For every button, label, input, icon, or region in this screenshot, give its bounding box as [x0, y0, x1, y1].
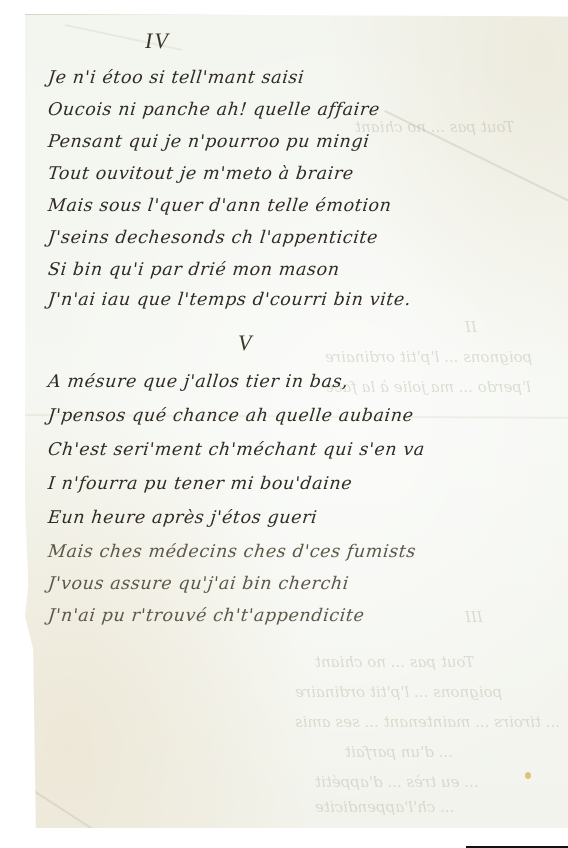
verse-line: A mésure que j'allos tier in bas,	[47, 372, 349, 392]
verse-line: Mais ches médecins ches d'ces fumists	[47, 542, 417, 562]
bleed-through-text: ... ch'l'appendicite	[315, 794, 454, 820]
bleed-through-text: l'perdo ... ma jolie à la face	[325, 374, 531, 400]
bleed-through-text: ... eu très ... d'appétit	[315, 769, 479, 795]
paper-fold-crease	[24, 784, 109, 840]
verse-line: J'vous assure qu'j'ai bin cherchi	[47, 574, 350, 594]
verse-line: Mais sous l'quer d'ann telle émotion	[47, 196, 393, 216]
stanza-number-v: V	[238, 330, 253, 356]
bleed-through-text: ... tiroirs ... maintenant ... ses amis	[295, 709, 560, 735]
verse-line: Pensant qui je n'pourroo pu mingi	[47, 132, 371, 152]
bleed-through-section-mark: III	[465, 604, 483, 630]
verse-line: I n'fourra pu tener mi bou'daine	[47, 474, 353, 494]
verse-line: J'seins dechesonds ch l'appenticite	[47, 228, 379, 248]
bleed-through-text: poignons ... l'p'tit ordinaire	[325, 344, 532, 370]
verse-line: Oucois ni panche ah! quelle affaire	[47, 100, 381, 120]
verse-line: Tout ouvitout je m'meto à braire	[47, 164, 355, 184]
verse-line: Ch'est seri'ment ch'méchant qui s'en va	[47, 440, 426, 460]
scanned-page: Tout pas ... no chiant II poignons ... l…	[0, 0, 568, 848]
verse-line: J'pensos qué chance ah quelle aubaine	[47, 406, 415, 426]
verse-line: Eun heure après j'étos gueri	[47, 508, 318, 528]
verse-line: Je n'i étoo si tell'mant saisi	[47, 68, 305, 88]
bleed-through-section-mark: II	[465, 314, 477, 340]
stanza-number-iv: IV	[145, 28, 170, 54]
bleed-through-text: ... d'un parfait	[345, 739, 453, 765]
verse-line: J'n'ai pu r'trouvé ch't'appendicite	[47, 606, 366, 626]
verse-line: J'n'ai iau que l'temps d'courri bin vite…	[47, 290, 412, 310]
bleed-through-text: Tout pas ... no chiant	[315, 649, 474, 675]
verse-line: Si bin qu'i par drié mon mason	[47, 260, 341, 280]
paper-stain	[525, 772, 531, 779]
bleed-through-text: poignons ... l'p'tit ordinaire	[295, 679, 502, 705]
